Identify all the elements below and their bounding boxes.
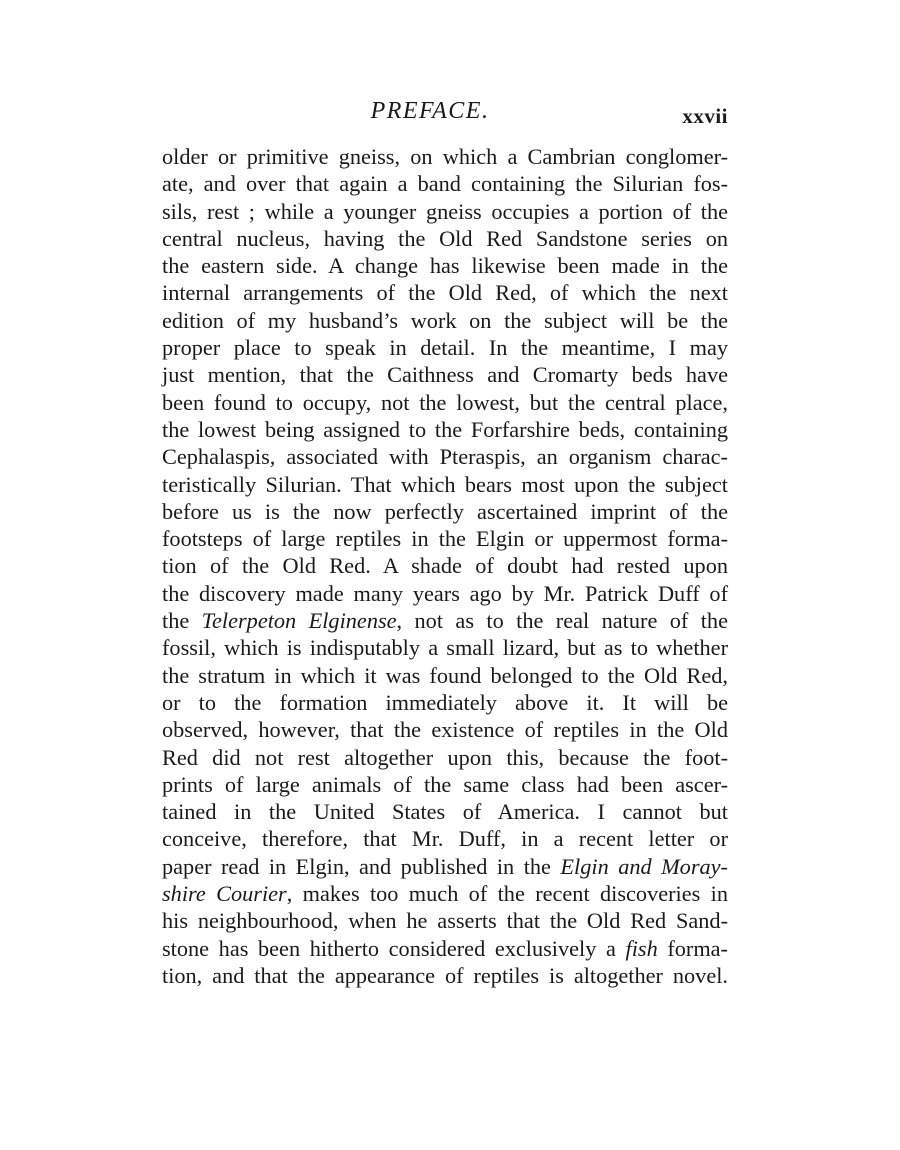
text-segment: stone has been hitherto considered exclu… <box>162 936 626 961</box>
text-line: Red did not rest altogether upon this, b… <box>162 744 728 771</box>
running-title-text: PREFACE. <box>371 98 490 125</box>
text-segment: the lowest being assigned to the Forfars… <box>162 417 728 442</box>
text-line: shire Courier, makes too much of the rec… <box>162 880 728 907</box>
text-segment: or to the formation immediately above it… <box>162 690 728 715</box>
text-segment: the discovery made many years ago by Mr.… <box>162 581 728 606</box>
text-segment: , makes too much of the recent discoveri… <box>287 881 728 906</box>
text-segment: tion, and that the appearance of reptile… <box>162 963 728 988</box>
text-line: internal arrangements of the Old Red, of… <box>162 279 728 306</box>
text-line: been found to occupy, not the lowest, bu… <box>162 389 728 416</box>
text-segment: tion of the Old Red. A shade of doubt ha… <box>162 553 728 578</box>
text-segment: observed, however, that the existence of… <box>162 717 728 742</box>
text-segment: tained in the United States of America. … <box>162 799 728 824</box>
text-line: teristically Silurian. That which bears … <box>162 471 728 498</box>
text-line: the lowest being assigned to the Forfars… <box>162 416 728 443</box>
text-line: footsteps of large reptiles in the Elgin… <box>162 525 728 552</box>
text-segment: older or primitive gneiss, on which a Ca… <box>162 144 728 169</box>
text-line: stone has been hitherto considered exclu… <box>162 935 728 962</box>
text-line: ate, and over that again a band containi… <box>162 170 728 197</box>
text-line: tained in the United States of America. … <box>162 798 728 825</box>
text-line: edition of my husband’s work on the subj… <box>162 307 728 334</box>
italic-text: fish <box>626 936 658 961</box>
book-page: PREFACE. xxvii older or primitive gneiss… <box>162 0 728 1150</box>
text-segment: his neighbourhood, when he asserts that … <box>162 908 728 933</box>
text-line: tion, and that the appearance of reptile… <box>162 962 728 989</box>
text-line: tion of the Old Red. A shade of doubt ha… <box>162 552 728 579</box>
text-line: sils, rest ; while a younger gneiss occu… <box>162 198 728 225</box>
page-number: xxvii <box>682 104 728 129</box>
text-segment: internal arrangements of the Old Red, of… <box>162 280 728 305</box>
text-segment: the stratum in which it was found belong… <box>162 663 728 688</box>
text-line: Cephalaspis, associated with Pteraspis, … <box>162 443 728 470</box>
text-line: proper place to speak in detail. In the … <box>162 334 728 361</box>
text-segment: ate, and over that again a band containi… <box>162 171 728 196</box>
text-line: the discovery made many years ago by Mr.… <box>162 580 728 607</box>
text-segment: forma- <box>658 936 728 961</box>
running-head: PREFACE. xxvii <box>162 98 728 134</box>
text-segment: the eastern side. A change has likewise … <box>162 253 728 278</box>
text-line: his neighbourhood, when he asserts that … <box>162 907 728 934</box>
italic-text: Telerpeton Elginense <box>202 608 397 633</box>
text-segment: paper read in Elgin, and published in th… <box>162 854 560 879</box>
text-segment: proper place to speak in detail. In the … <box>162 335 728 360</box>
text-segment: teristically Silurian. That which bears … <box>162 472 728 497</box>
italic-text: Elgin and Moray- <box>560 854 728 879</box>
text-segment: edition of my husband’s work on the subj… <box>162 308 728 333</box>
text-line: observed, however, that the existence of… <box>162 716 728 743</box>
text-line: older or primitive gneiss, on which a Ca… <box>162 143 728 170</box>
text-line: or to the formation immediately above it… <box>162 689 728 716</box>
text-segment: Red did not rest altogether upon this, b… <box>162 745 728 770</box>
body-text: older or primitive gneiss, on which a Ca… <box>162 143 728 989</box>
text-line: the Telerpeton Elginense, not as to the … <box>162 607 728 634</box>
text-segment: central nucleus, having the Old Red Sand… <box>162 226 728 251</box>
text-segment: fossil, which is indisputably a small li… <box>162 635 728 660</box>
text-line: before us is the now perfectly ascertain… <box>162 498 728 525</box>
text-line: the eastern side. A change has likewise … <box>162 252 728 279</box>
text-segment: footsteps of large reptiles in the Elgin… <box>162 526 728 551</box>
text-line: central nucleus, having the Old Red Sand… <box>162 225 728 252</box>
text-segment: prints of large animals of the same clas… <box>162 772 728 797</box>
text-segment: the <box>162 608 202 633</box>
text-segment: before us is the now perfectly ascertain… <box>162 499 728 524</box>
italic-text: shire Courier <box>162 881 287 906</box>
text-line: just mention, that the Caithness and Cro… <box>162 361 728 388</box>
text-segment: been found to occupy, not the lowest, bu… <box>162 390 728 415</box>
running-title: PREFACE. <box>162 98 728 125</box>
text-segment: sils, rest ; while a younger gneiss occu… <box>162 199 728 224</box>
text-segment: Cephalaspis, associated with Pteraspis, … <box>162 444 728 469</box>
text-segment: , not as to the real nature of the <box>397 608 728 633</box>
text-segment: just mention, that the Caithness and Cro… <box>162 362 728 387</box>
text-line: the stratum in which it was found belong… <box>162 662 728 689</box>
text-line: paper read in Elgin, and published in th… <box>162 853 728 880</box>
text-line: prints of large animals of the same clas… <box>162 771 728 798</box>
text-segment: conceive, therefore, that Mr. Duff, in a… <box>162 826 728 851</box>
text-line: fossil, which is indisputably a small li… <box>162 634 728 661</box>
text-line: conceive, therefore, that Mr. Duff, in a… <box>162 825 728 852</box>
